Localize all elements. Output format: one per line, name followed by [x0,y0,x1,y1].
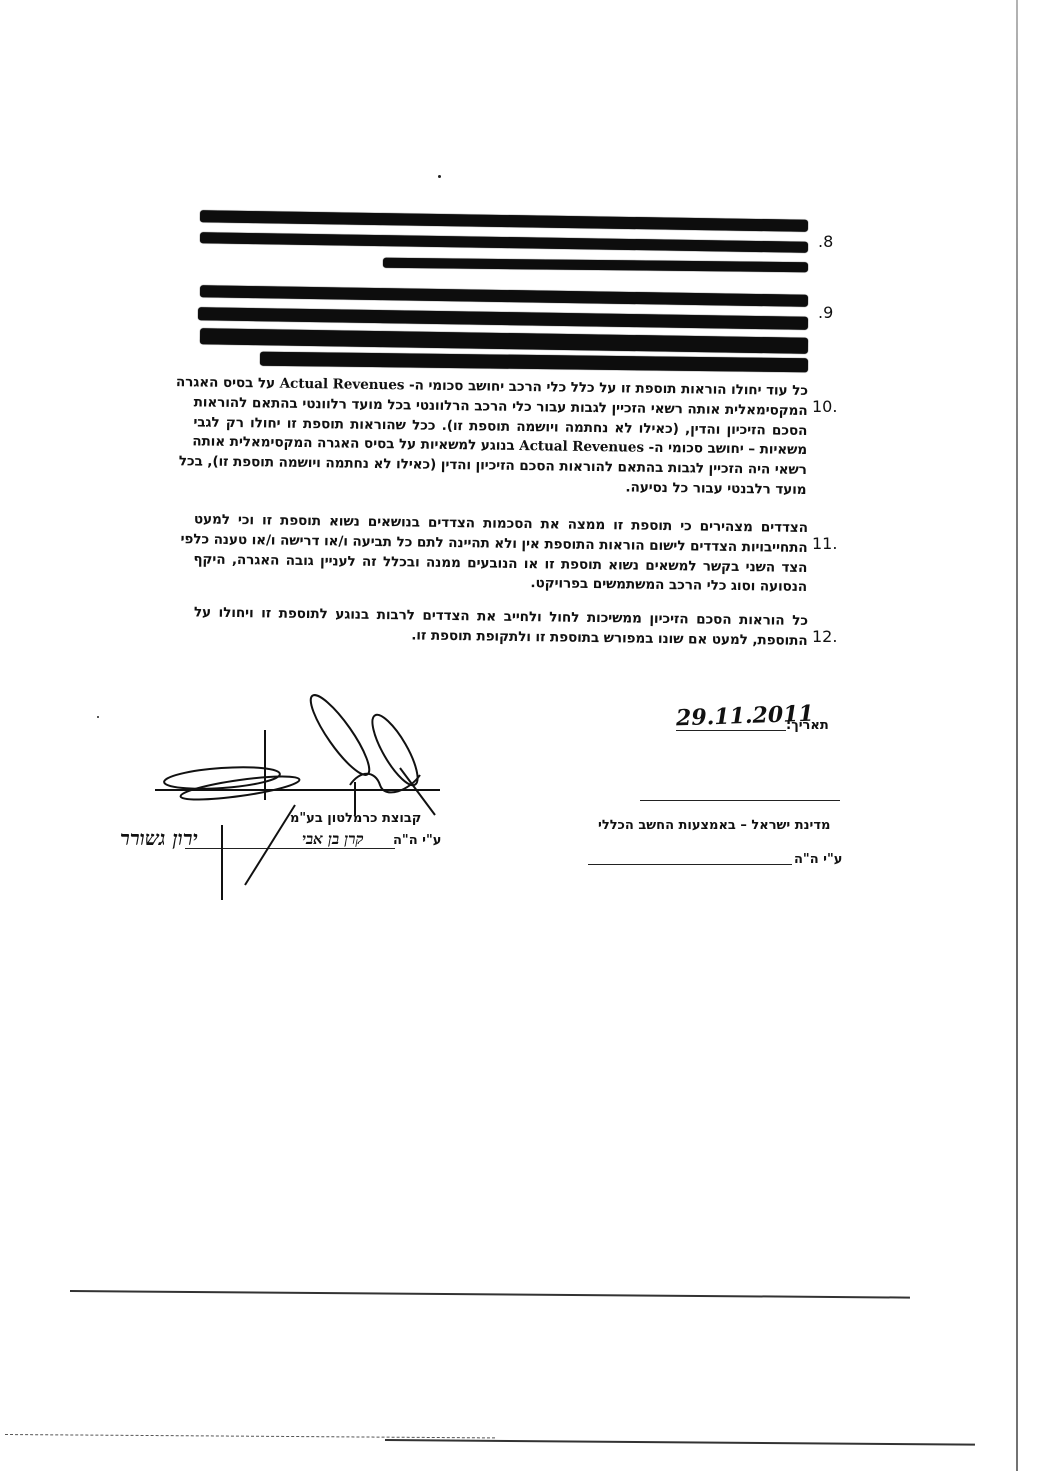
term-actual-revenues: Actual Revenues [280,376,405,394]
redaction-bar [200,285,808,307]
redaction-bar [200,328,808,354]
scan-line [70,1290,910,1298]
state-party-label: מדינת ישראל – באמצעות החשב הכללי [598,818,830,833]
clause-number: 11. [812,534,837,553]
clause-number: 10. [812,397,837,416]
date-handwritten: 29.11.2011 [676,701,815,732]
clause-12: כל הוראות הסכם הזיכיון ממשיכות לחול ולחי… [194,603,808,651]
clause-text: כל הוראות הסכם הזיכיון ממשיכות לחול ולחי… [194,603,808,651]
clause-number: .9 [818,303,833,322]
scan-edge-line [1016,0,1018,1471]
clause-10: כל עוד יחולו הוראות תוספת זו על כלל כלי … [192,373,808,500]
clause-text: כל עוד יחולו הוראות תוספת זו על כלל כלי … [192,373,808,500]
redaction-bar [260,352,808,373]
clause-11: הצדדים מצהירים כי תוספת זו ממצה את הסכמו… [193,510,808,598]
redaction-bar [200,232,808,253]
signature-line-state-by [588,864,792,865]
carmelton-party-label: קבוצת כרמלטון בע"מ [290,811,421,826]
signature-stroke [215,800,305,910]
signature-line-state [640,800,840,801]
redaction-bar [198,307,808,330]
redaction-bar [200,210,808,232]
clause-text: הצדדים מצהירים כי תוספת זו ממצה את הסכמו… [193,510,808,598]
term-actual-revenues: Actual Revenues [519,438,644,456]
clause-number: 12. [812,627,837,646]
clause-number: .8 [818,232,833,251]
signatory-name-1: קרן בן אבי [302,830,364,849]
state-by-label: ע"י ה"ה [794,852,842,867]
redaction-bar [383,258,808,272]
redaction-block [198,212,808,282]
scan-speck [97,716,99,718]
carmelton-by-label: ע"י ה"ה [393,833,441,848]
redaction-block [198,287,808,379]
scanned-document-page: .8 .9 10. כל עוד יחולו הוראות תוספת זו ע… [0,0,1040,1471]
date-underline [676,730,786,731]
scan-line [385,1439,975,1445]
scan-speck [438,175,441,178]
signatory-name-2: ירון גשורר [120,826,198,851]
